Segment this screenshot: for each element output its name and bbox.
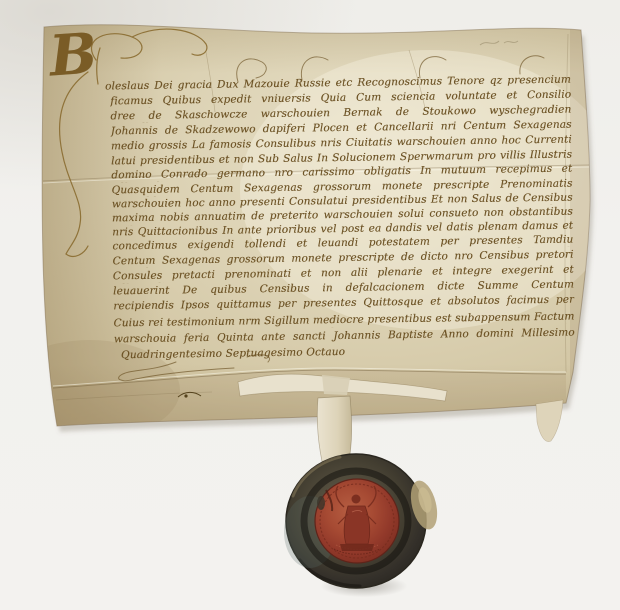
wax-seal: [284, 454, 442, 602]
charter-photo-art: [0, 0, 620, 610]
photo-stage: B oleslaus Dei gracia Dux Mazouie Russie…: [0, 0, 620, 610]
tag-end-flap: [536, 400, 563, 442]
